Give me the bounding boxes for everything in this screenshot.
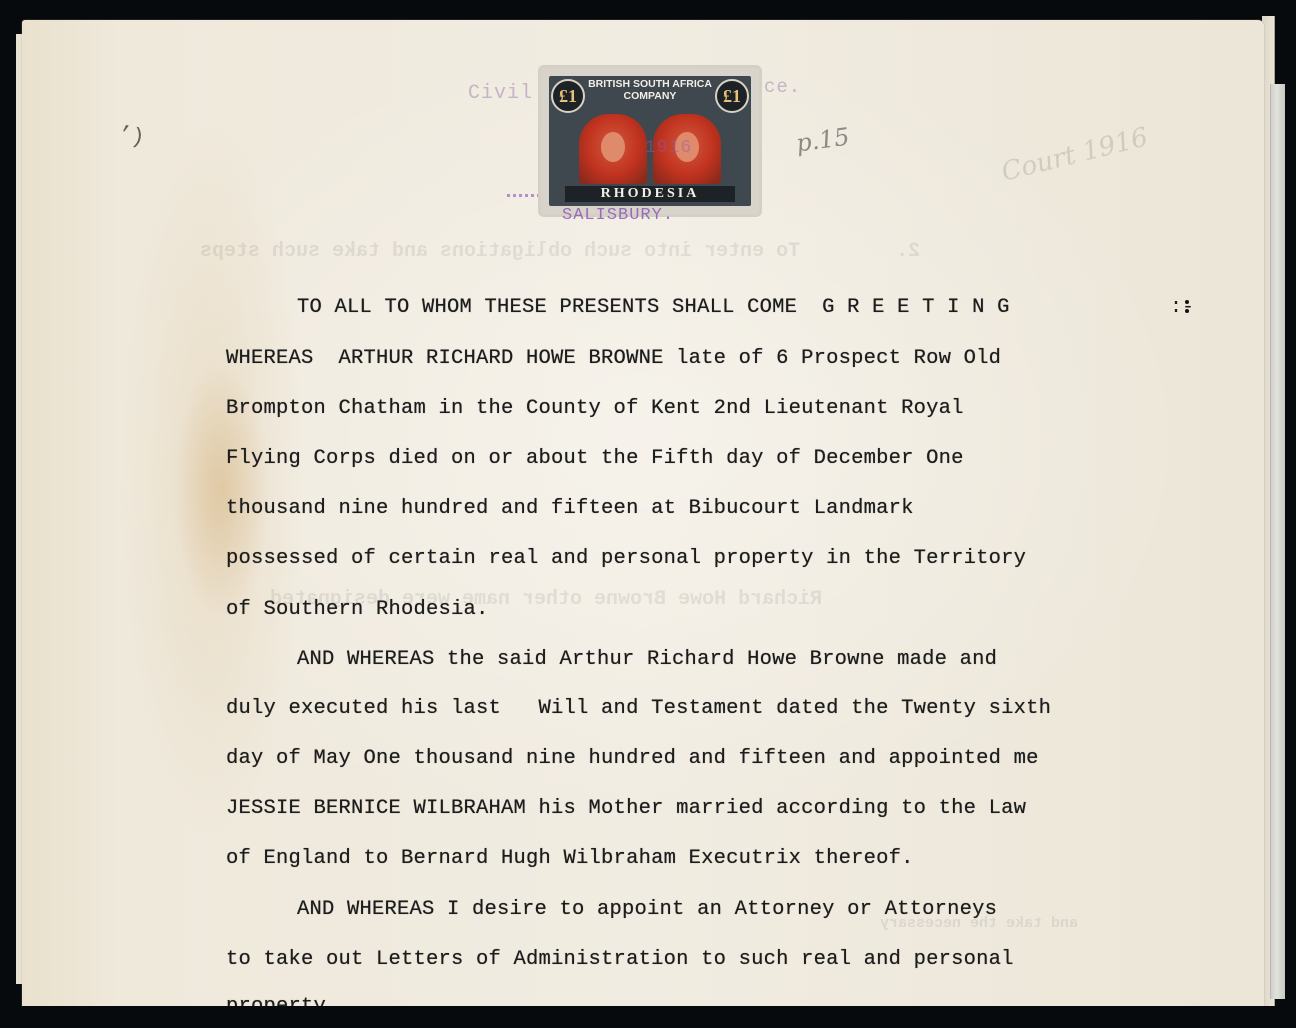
background-edge	[22, 1006, 1272, 1028]
doc-line: of England to Bernard Hugh Wilbraham Exe…	[226, 847, 914, 870]
stamp-issuer-line2: COMPANY	[579, 90, 721, 102]
margin-punch-marks	[1185, 300, 1189, 318]
doc-line: day of May One thousand nine hundred and…	[226, 747, 1039, 770]
stamp-issuer-line1: BRITISH SOUTH AFRICA	[579, 78, 721, 90]
doc-line: thousand nine hundred and fifteen at Bib…	[226, 497, 914, 520]
stamp-country: RHODESIA	[565, 186, 735, 202]
stamp-frame: £1 £1 BRITISH SOUTH AFRICA COMPANY 1916 …	[549, 76, 751, 206]
cancel-date: 1916	[645, 138, 692, 158]
cancel-text-faded-right: ce.	[764, 76, 801, 98]
queen-portrait-icon	[579, 114, 647, 184]
doc-line: duly executed his last Will and Testamen…	[226, 697, 1051, 720]
doc-line-greeting: TO ALL TO WHOM THESE PRESENTS SHALL COME…	[297, 296, 1010, 319]
doc-line: AND WHEREAS the said Arthur Richard Howe…	[297, 648, 997, 671]
doc-line: Brompton Chatham in the County of Kent 2…	[226, 397, 964, 420]
doc-line: of Southern Rhodesia.	[226, 598, 489, 621]
back-sheet-grey-edge	[1270, 84, 1285, 999]
portrait-face	[601, 132, 625, 162]
doc-line: JESSIE BERNICE WILBRAHAM his Mother marr…	[226, 797, 1026, 820]
pencil-tick-mark: ’)	[116, 122, 146, 151]
doc-line: AND WHEREAS I desire to appoint an Attor…	[297, 898, 997, 921]
doc-line: WHEREAS ARTHUR RICHARD HOWE BROWNE late …	[226, 347, 1001, 370]
doc-line: Flying Corps died on or about the Fifth …	[226, 447, 964, 470]
cancel-text-faded-left: Civil	[468, 82, 533, 105]
stamp-issuer: BRITISH SOUTH AFRICA COMPANY	[579, 78, 721, 104]
cancel-place: SALISBURY.	[562, 206, 674, 225]
showthrough-line: 2. To enter into such obligations and ta…	[200, 240, 920, 263]
doc-line: possessed of certain real and personal p…	[226, 547, 1026, 570]
greeting-colon: :-	[1170, 296, 1194, 319]
postage-stamp: £1 £1 BRITISH SOUTH AFRICA COMPANY 1916 …	[541, 68, 759, 214]
doc-line: to take out Letters of Administration to…	[226, 948, 1014, 971]
